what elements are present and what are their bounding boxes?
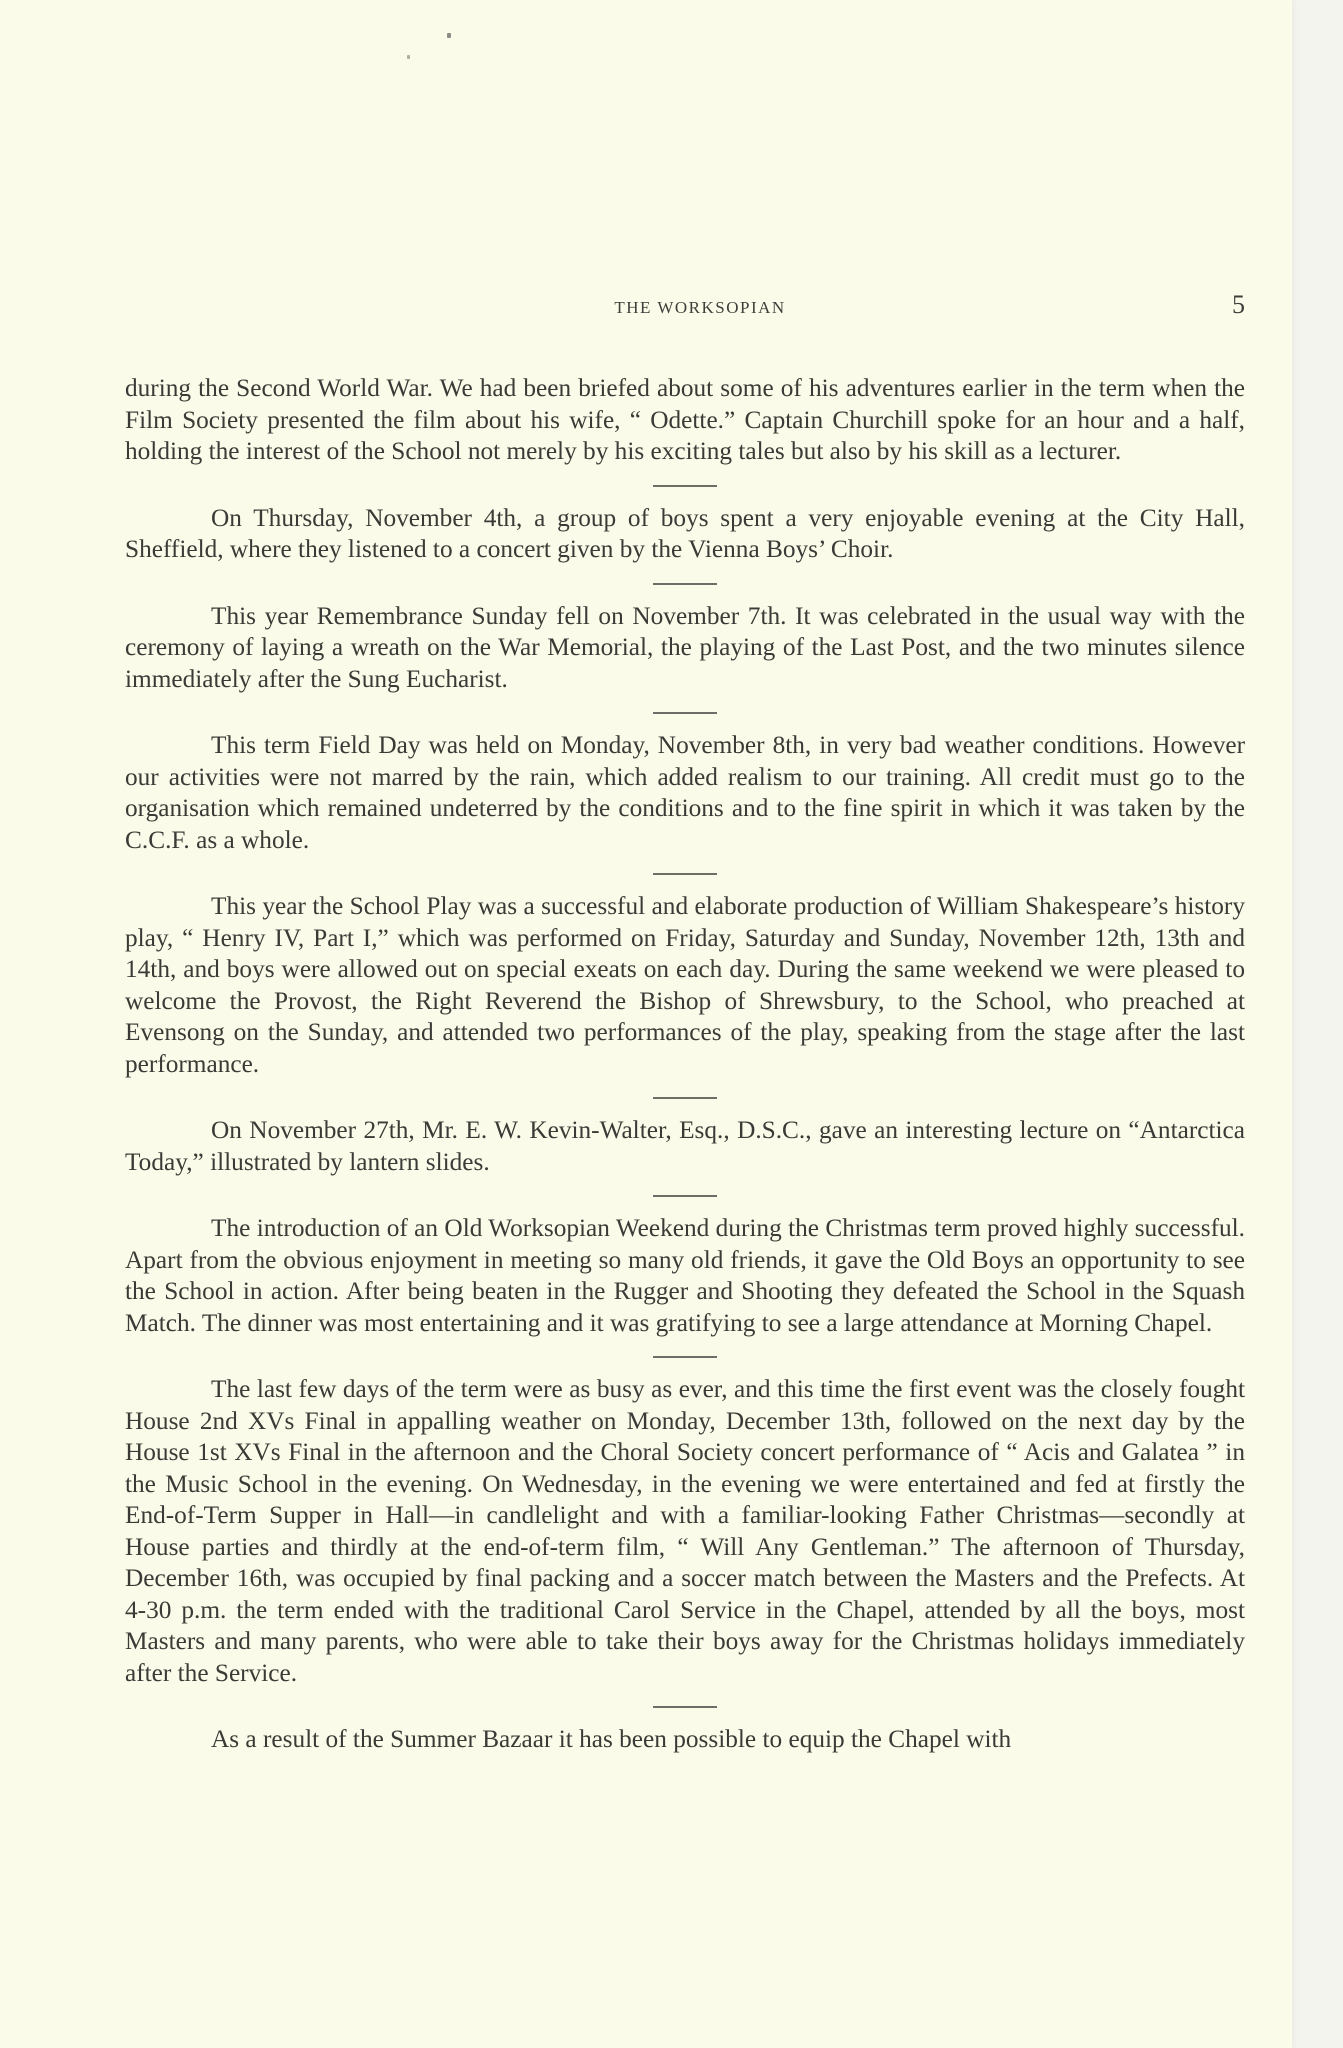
paragraph-summer-bazaar: As a result of the Summer Bazaar it has … <box>125 1724 1245 1756</box>
paragraph-vienna-boys-choir: On Thursday, November 4th, a group of bo… <box>125 503 1245 566</box>
section-divider <box>653 485 717 487</box>
page-number: 5 <box>1232 290 1245 320</box>
running-title: THE WORKSOPIAN <box>125 298 1245 318</box>
paragraph-antarctica-lecture: On November 27th, Mr. E. W. Kevin-Walter… <box>125 1115 1245 1178</box>
scan-speck <box>407 55 410 59</box>
section-divider <box>653 1097 717 1099</box>
section-divider <box>653 1356 717 1358</box>
paragraph-field-day: This term Field Day was held on Monday, … <box>125 730 1245 856</box>
paragraph-old-worksopian-weekend: The introduction of an Old Worksopian We… <box>125 1213 1245 1339</box>
paragraph-remembrance-sunday: This year Remembrance Sunday fell on Nov… <box>125 601 1245 696</box>
paragraph-school-play: This year the School Play was a successf… <box>125 891 1245 1080</box>
running-header: THE WORKSOPIAN 5 <box>125 290 1245 324</box>
article-body: during the Second World War. We had been… <box>125 373 1245 1756</box>
section-divider <box>653 712 717 714</box>
document-page: THE WORKSOPIAN 5 during the Second World… <box>0 0 1292 2048</box>
section-divider <box>653 873 717 875</box>
paragraph-end-of-term: The last few days of the term were as bu… <box>125 1374 1245 1689</box>
scan-speck <box>447 33 451 38</box>
section-divider <box>653 1706 717 1708</box>
section-divider <box>653 583 717 585</box>
section-divider <box>653 1195 717 1197</box>
paragraph-churchill-lecture: during the Second World War. We had been… <box>125 373 1245 468</box>
